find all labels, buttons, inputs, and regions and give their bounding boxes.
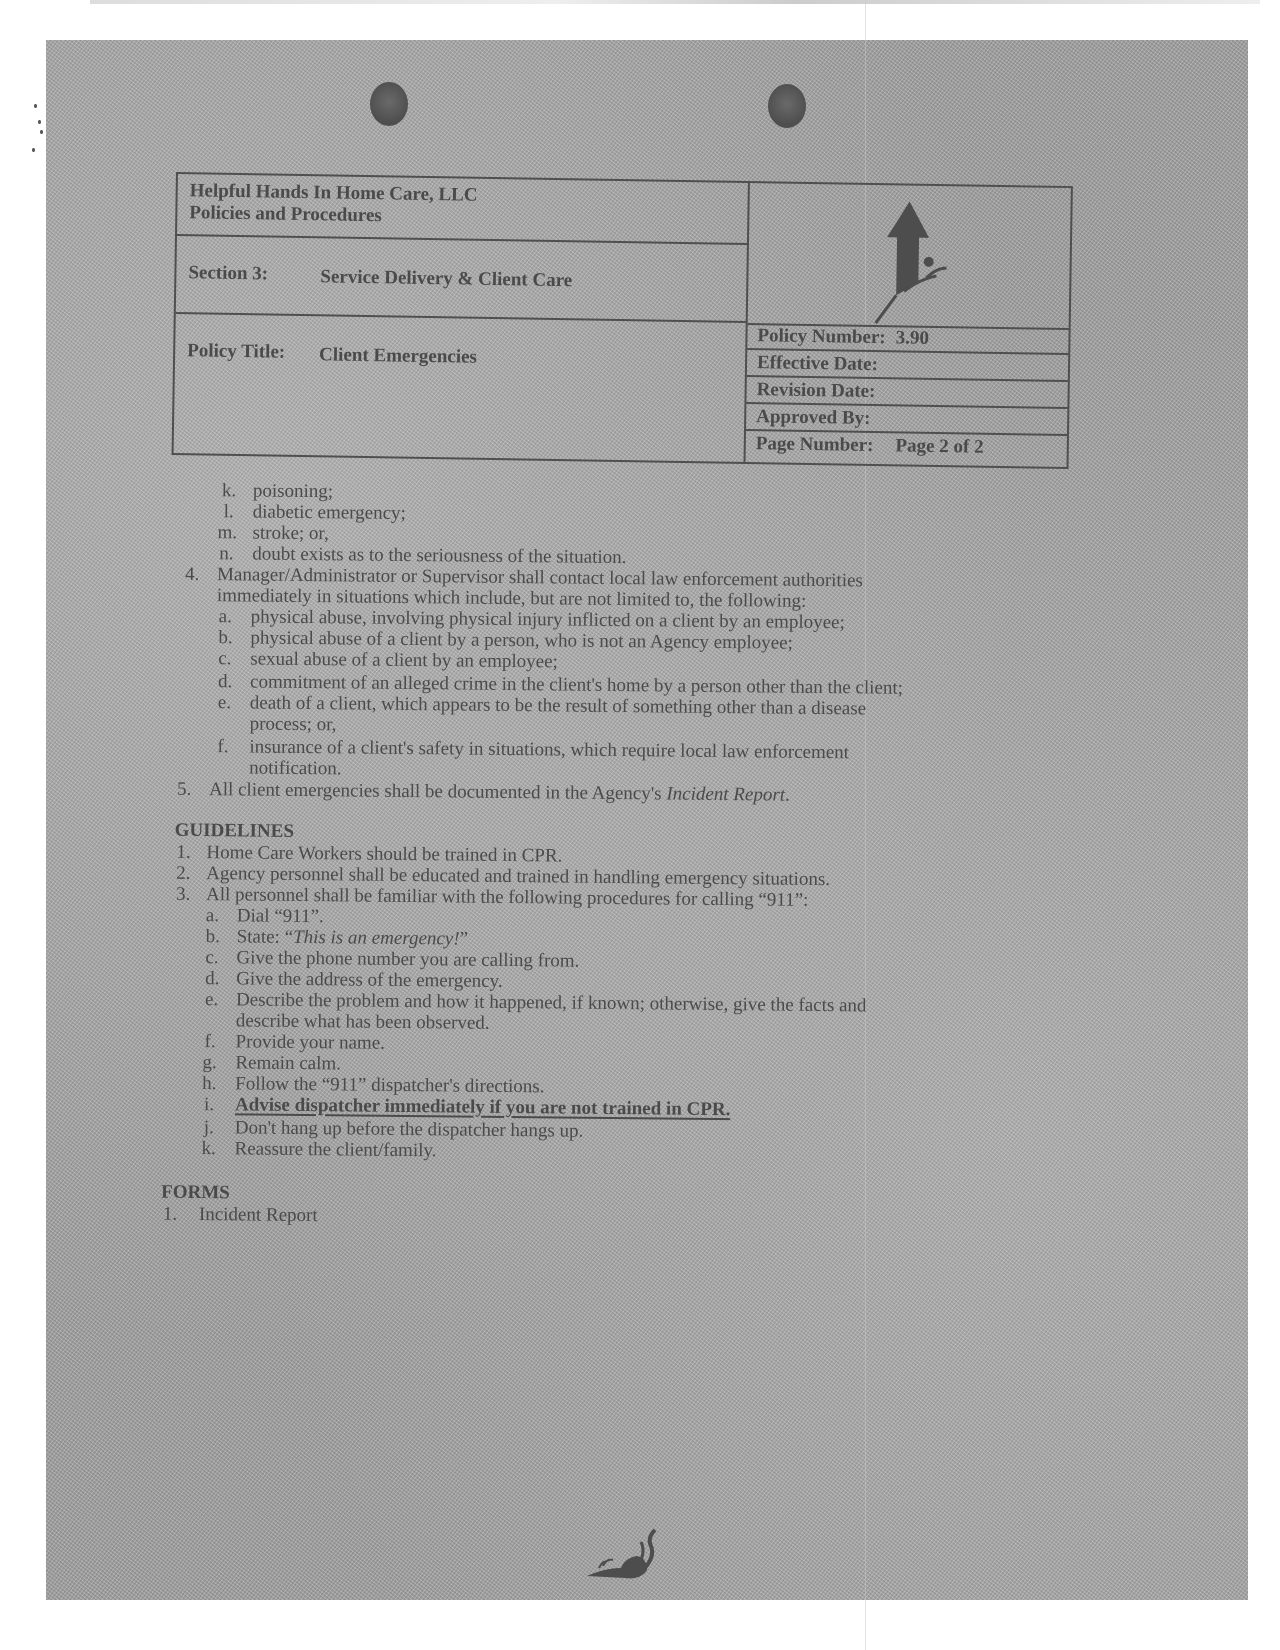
list-marker: f. [217,736,228,757]
policy-meta: Policy Number:3.90 Effective Date: Revis… [746,323,1069,467]
header-policy-title-cell: Policy Title: Client Emergencies [174,312,746,462]
floral-ornament-icon [585,1528,665,1590]
step-b-end: ” [460,929,469,950]
list-marker: n. [219,543,233,564]
list-marker: a. [219,606,232,627]
list-marker: 1. [176,842,190,863]
step-b-text: State: “ [237,926,294,948]
house-on-branch-logo-icon [856,197,968,327]
list-marker: c. [218,648,231,669]
logo-cell [748,183,1071,330]
list-item: Remain calm. [235,1052,341,1074]
page-number-label: Page Number: [756,433,874,456]
list-item: diabetic emergency; [253,502,406,524]
list-item: Dial “911”. [237,905,324,927]
hole-punch-icon [370,82,408,126]
approved-by-label: Approved By: [756,406,871,429]
list-item-continued: process; or, [250,713,337,735]
list-item: Follow the “911” dispatcher's directions… [235,1073,544,1097]
list-marker: 1. [163,1204,177,1225]
incident-report-reference: Incident Report [666,783,785,805]
revision-date-label: Revision Date: [756,379,875,402]
step-b-italic: This is an emergency! [293,927,460,950]
page-number-row: Page Number:Page 2 of 2 [746,431,1067,463]
list-item-continued: describe what has been observed. [236,1010,490,1033]
list-marker: h. [202,1073,216,1094]
list-marker: d. [218,671,232,692]
list-marker: 2. [176,863,190,884]
list-marker: e. [218,692,231,713]
scan-specks [30,100,50,180]
list-item: sexual abuse of a client by an employee; [250,648,558,672]
policy-title-value: Client Emergencies [319,344,477,368]
header-left-column: Helpful Hands In Home Care, LLC Policies… [174,174,748,462]
item5-end: . [785,785,790,806]
header-section-cell: Section 3: Service Delivery & Client Car… [176,234,747,323]
list-marker: e. [205,989,218,1010]
list-marker: j. [204,1117,214,1138]
list-marker: 3. [176,884,190,905]
form-item-incident-report: Incident Report [199,1204,318,1226]
hole-punch-icon [768,84,806,128]
scan-top-edge [90,0,1260,4]
list-item: Provide your name. [236,1031,386,1053]
list-marker: f. [205,1031,216,1052]
document-subtitle: Policies and Procedures [189,202,382,227]
list-item: State: “This is an emergency!” [237,926,469,949]
policy-header-table: Helpful Hands In Home Care, LLC Policies… [172,172,1073,469]
list-marker: 5. [177,779,191,800]
list-item: Reassure the client/family. [234,1138,436,1161]
list-marker: b. [218,627,232,648]
list-item-continued: notification. [249,757,342,779]
list-marker: b. [206,926,220,947]
section-value: Service Delivery & Client Care [320,266,572,292]
section-label: Section 3: [188,262,268,285]
list-marker: i. [204,1094,214,1115]
policy-number-label: Policy Number: [757,325,886,348]
policy-title-label: Policy Title: [187,340,285,364]
list-marker: a. [206,905,219,926]
guidelines-heading: GUIDELINES [175,820,295,842]
list-item: Give the address of the emergency. [236,968,503,992]
list-marker: m. [217,522,237,543]
list-marker: d. [205,968,219,989]
list-marker: c. [205,947,218,968]
forms-heading: FORMS [161,1182,230,1204]
page-number-value: Page 2 of 2 [895,435,983,457]
header-company-cell: Helpful Hands In Home Care, LLC Policies… [177,174,748,245]
item5-text: All client emergencies shall be document… [209,779,667,804]
list-item: poisoning; [253,481,333,503]
list-marker: g. [202,1052,216,1073]
effective-date-label: Effective Date: [757,352,878,375]
policy-number-value: 3.90 [896,327,930,349]
list-marker: k. [222,480,236,501]
list-marker: k. [201,1138,215,1159]
list-marker: 4. [185,564,199,585]
list-marker: l. [224,501,234,522]
header-right-column: Policy Number:3.90 Effective Date: Revis… [744,183,1071,467]
list-item: stroke; or, [252,523,328,545]
